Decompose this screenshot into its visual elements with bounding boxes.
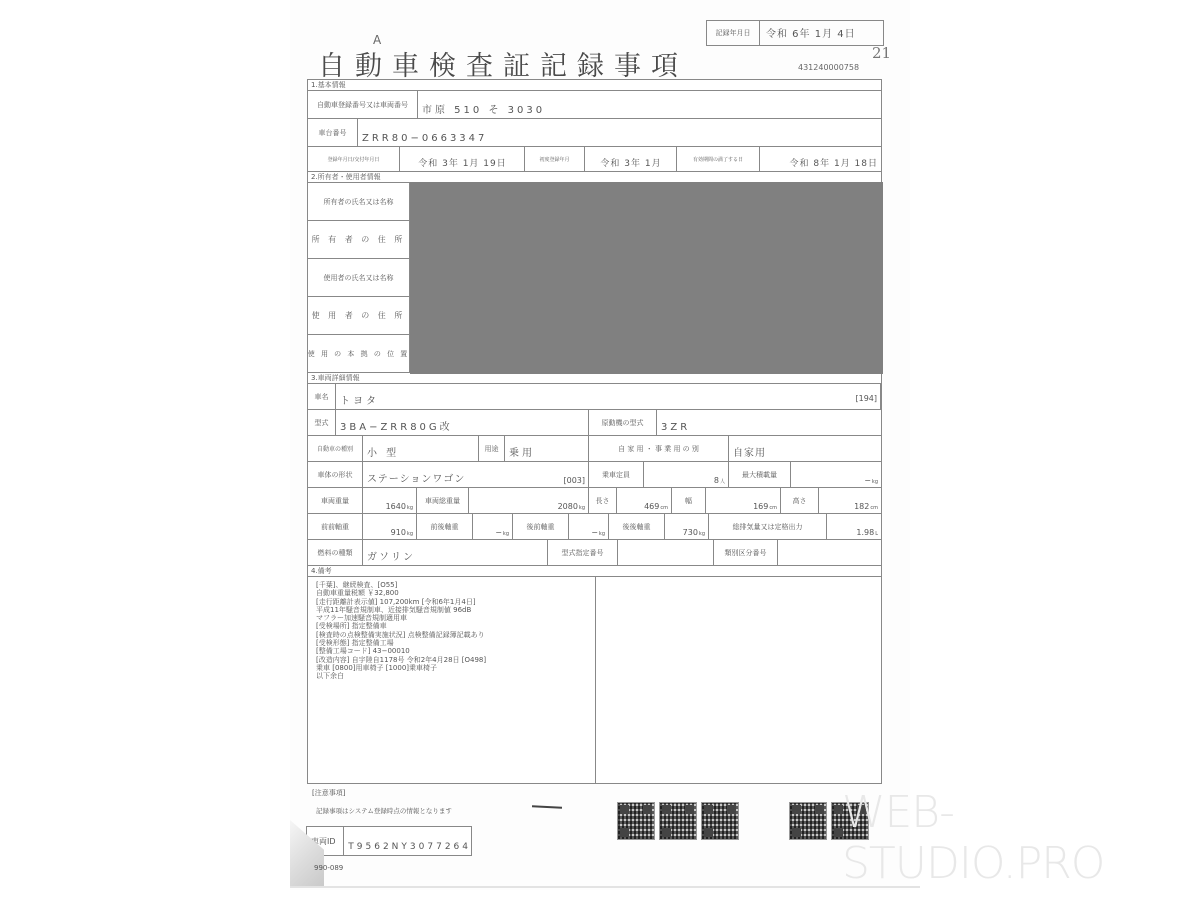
gross-weight-unit: kg — [579, 505, 585, 511]
page-edge — [290, 886, 920, 888]
gross-weight-value: 2080 — [558, 502, 578, 511]
expiry-value: 令和 8年 1月 18日 — [760, 147, 881, 171]
fr-axle-label: 前後軸重 — [417, 514, 473, 539]
watermark: WEB-STUDIO.PRO — [842, 787, 1200, 889]
chassis-row: 車台番号 ZRR80−0663347 — [307, 118, 882, 146]
first-year-label: 初度登録年月 — [525, 147, 585, 171]
private-value: 自家用 — [729, 436, 881, 461]
category-label: 類別区分番号 — [714, 540, 778, 565]
usage-value: 乗用 — [505, 436, 589, 461]
length-value: 469 — [644, 502, 659, 511]
capacity-unit: 人 — [720, 478, 725, 485]
owner-address-label: 所 有 者 の 住 所 — [308, 221, 410, 258]
body-value: ステーションワゴン — [367, 470, 465, 485]
issue-date-label: 記録年月日 — [707, 21, 760, 45]
fr-axle-value-cell: −kg — [473, 514, 513, 539]
rr-axle-label: 後後軸重 — [609, 514, 665, 539]
qr-code-icon — [789, 802, 827, 840]
ff-axle-unit: kg — [407, 531, 413, 537]
private-label: 自 家 用 ・ 事 業 用 の 別 — [589, 436, 729, 461]
max-load-unit: kg — [872, 479, 878, 485]
type-designation-value — [618, 540, 714, 565]
length-label: 長さ — [589, 488, 617, 513]
base-location-label: 使 用 の 本 拠 の 位 置 — [308, 335, 410, 372]
rf-axle-value: − — [591, 528, 598, 537]
axle-row: 前前軸重 910kg 前後軸重 −kg 後前軸重 −kg 後後軸重 730kg … — [307, 513, 882, 539]
gross-weight-label: 車両総重量 — [417, 488, 469, 513]
max-load-value: − — [864, 476, 871, 485]
form-code: 990-089 — [314, 864, 343, 872]
rr-axle-value-cell: 730kg — [665, 514, 709, 539]
height-label: 高さ — [781, 488, 819, 513]
remarks-line: 乗車 [0800]用車椅子 [1000]乗車椅子 — [316, 664, 587, 672]
make-value: トヨタ — [336, 384, 881, 409]
rf-axle-value-cell: −kg — [569, 514, 609, 539]
chassis-value: ZRR80−0663347 — [358, 119, 881, 146]
dates-row: 登録年月日/交付年月日 令和 3年 1月 19日 初度登録年月 令和 3年 1月… — [307, 146, 882, 171]
section-remarks-header: 4.備考 — [307, 565, 882, 576]
remarks-line: [受検場所] 指定整備車 — [316, 622, 587, 630]
displacement-value-cell: 1.98L — [827, 514, 881, 539]
ff-axle-value-cell: 910kg — [363, 514, 417, 539]
height-unit: cm — [870, 505, 878, 511]
registration-row: 自動車登録番号又は車両番号 市原 510 そ 3030 — [307, 90, 882, 118]
weight-label: 車両重量 — [308, 488, 363, 513]
chassis-label: 車台番号 — [308, 119, 358, 146]
body-row: 車体の形状 ステーションワゴン [003] 乗車定員 8人 最大積載量 −kg — [307, 461, 882, 487]
remarks-box: [千葉]、継続検査、[O55]自動車重量税額 ￥32,800[走行距離計表示値]… — [307, 576, 882, 784]
fuel-value: ガソリン — [363, 540, 548, 565]
qr-code-icon — [617, 802, 655, 840]
remarks-line: 平成11年騒音規制車、近接排気騒音規制値 96dB — [316, 606, 587, 614]
height-value: 182 — [854, 502, 869, 511]
handwritten-note: 21 — [872, 44, 891, 62]
body-label: 車体の形状 — [308, 462, 363, 487]
make-code: [194] — [851, 394, 880, 405]
body-code: [003] — [563, 476, 585, 485]
type-value: 小 型 — [363, 436, 479, 461]
first-reg-value: 令和 3年 1月 19日 — [400, 147, 525, 171]
remarks-line: [整備工場コード] 43−00010 — [316, 647, 587, 655]
rf-axle-label: 後前軸重 — [513, 514, 569, 539]
fuel-row: 燃料の種類 ガソリン 型式指定番号 類別区分番号 — [307, 539, 882, 565]
width-unit: cm — [769, 505, 777, 511]
fuel-label: 燃料の種類 — [308, 540, 363, 565]
length-unit: cm — [660, 505, 668, 511]
gross-weight-value-cell: 2080kg — [469, 488, 589, 513]
notes-text: 記録事項はシステム登録時点の情報となります — [316, 806, 452, 815]
type-designation-label: 型式指定番号 — [548, 540, 618, 565]
user-name-label: 使用者の氏名又は名称 — [308, 259, 410, 296]
body-value-cell: ステーションワゴン [003] — [363, 462, 589, 487]
registration-label: 自動車登録番号又は車両番号 — [308, 91, 418, 118]
rr-axle-unit: kg — [699, 531, 705, 537]
expiry-label: 有効期間の満了する日 — [677, 147, 760, 171]
fr-axle-value: − — [495, 528, 502, 537]
remarks-line: [走行距離計表示値] 107,200km [令和6年1月4日] — [316, 598, 587, 606]
fr-axle-unit: kg — [503, 531, 509, 537]
document-number: 431240000758 — [798, 63, 859, 72]
section-basic-header: 1.基本情報 — [307, 79, 882, 90]
first-reg-label: 登録年月日/交付年月日 — [308, 147, 400, 171]
width-label: 幅 — [672, 488, 706, 513]
remarks-line: [改造内容] 自宇陸自1178号 令和2年4月28日 [O498] — [316, 656, 587, 664]
weight-value: 1640 — [386, 502, 406, 511]
type-label: 自動車の種別 — [308, 436, 363, 461]
capacity-label: 乗車定員 — [589, 462, 644, 487]
registration-value: 市原 510 そ 3030 — [418, 91, 881, 118]
notes-label: [注意事項] — [312, 788, 345, 798]
remarks-blank — [596, 577, 881, 783]
first-year-value: 令和 3年 1月 — [585, 147, 677, 171]
qr-code-icon — [659, 802, 697, 840]
displacement-label: 総排気量又は定格出力 — [709, 514, 827, 539]
max-load-label: 最大積載量 — [729, 462, 791, 487]
ff-axle-value: 910 — [391, 528, 406, 537]
max-load-value-cell: −kg — [791, 462, 881, 487]
displacement-value: 1.98 — [856, 528, 874, 537]
category-value — [778, 540, 881, 565]
engine-label: 原動機の型式 — [589, 410, 657, 435]
make-row: 車名 トヨタ [194] — [307, 383, 882, 409]
vehicle-id-box: 車両ID T9562NY3077264 — [306, 826, 472, 856]
rr-axle-value: 730 — [683, 528, 698, 537]
usage-label: 用途 — [479, 436, 505, 461]
model-row: 型式 3BA−ZRR80G改 原動機の型式 3ZR — [307, 409, 882, 435]
model-label: 型式 — [308, 410, 336, 435]
ff-axle-label: 前前軸重 — [308, 514, 363, 539]
remarks-text: [千葉]、継続検査、[O55]自動車重量税額 ￥32,800[走行距離計表示値]… — [308, 577, 596, 783]
owner-name-label: 所有者の氏名又は名称 — [308, 183, 410, 220]
make-label: 車名 — [308, 384, 336, 409]
issue-date-box: 記録年月日 令和 6年 1月 4日 — [706, 20, 884, 46]
remarks-line: [検査時の点検整備実施状況] 点検整備記録簿記載あり — [316, 631, 587, 639]
width-value: 169 — [753, 502, 768, 511]
engine-value: 3ZR — [657, 410, 881, 435]
capacity-value: 8 — [714, 476, 719, 485]
section-owner-header: 2.所有者・使用者情報 — [307, 171, 882, 182]
document-title: 自動車検査証記録事項 — [318, 44, 688, 83]
issue-date-value: 令和 6年 1月 4日 — [760, 25, 859, 42]
weight-unit: kg — [407, 505, 413, 511]
width-value-cell: 169cm — [706, 488, 781, 513]
weight-row: 車両重量 1640kg 車両総重量 2080kg 長さ 469cm 幅 169c… — [307, 487, 882, 513]
redaction-block — [410, 182, 883, 374]
type-row: 自動車の種別 小 型 用途 乗用 自 家 用 ・ 事 業 用 の 別 自家用 — [307, 435, 882, 461]
rf-axle-unit: kg — [599, 531, 605, 537]
vehicle-id-value: T9562NY3077264 — [344, 827, 471, 855]
remarks-line: 自動車重量税額 ￥32,800 — [316, 589, 587, 597]
remarks-line: 以下余白 — [316, 672, 587, 680]
length-value-cell: 469cm — [617, 488, 672, 513]
user-address-label: 使 用 者 の 住 所 — [308, 297, 410, 334]
qr-code-icon — [701, 802, 739, 840]
height-value-cell: 182cm — [819, 488, 881, 513]
weight-value-cell: 1640kg — [363, 488, 417, 513]
displacement-unit: L — [875, 531, 878, 537]
capacity-value-cell: 8人 — [644, 462, 729, 487]
model-value: 3BA−ZRR80G改 — [336, 410, 589, 435]
